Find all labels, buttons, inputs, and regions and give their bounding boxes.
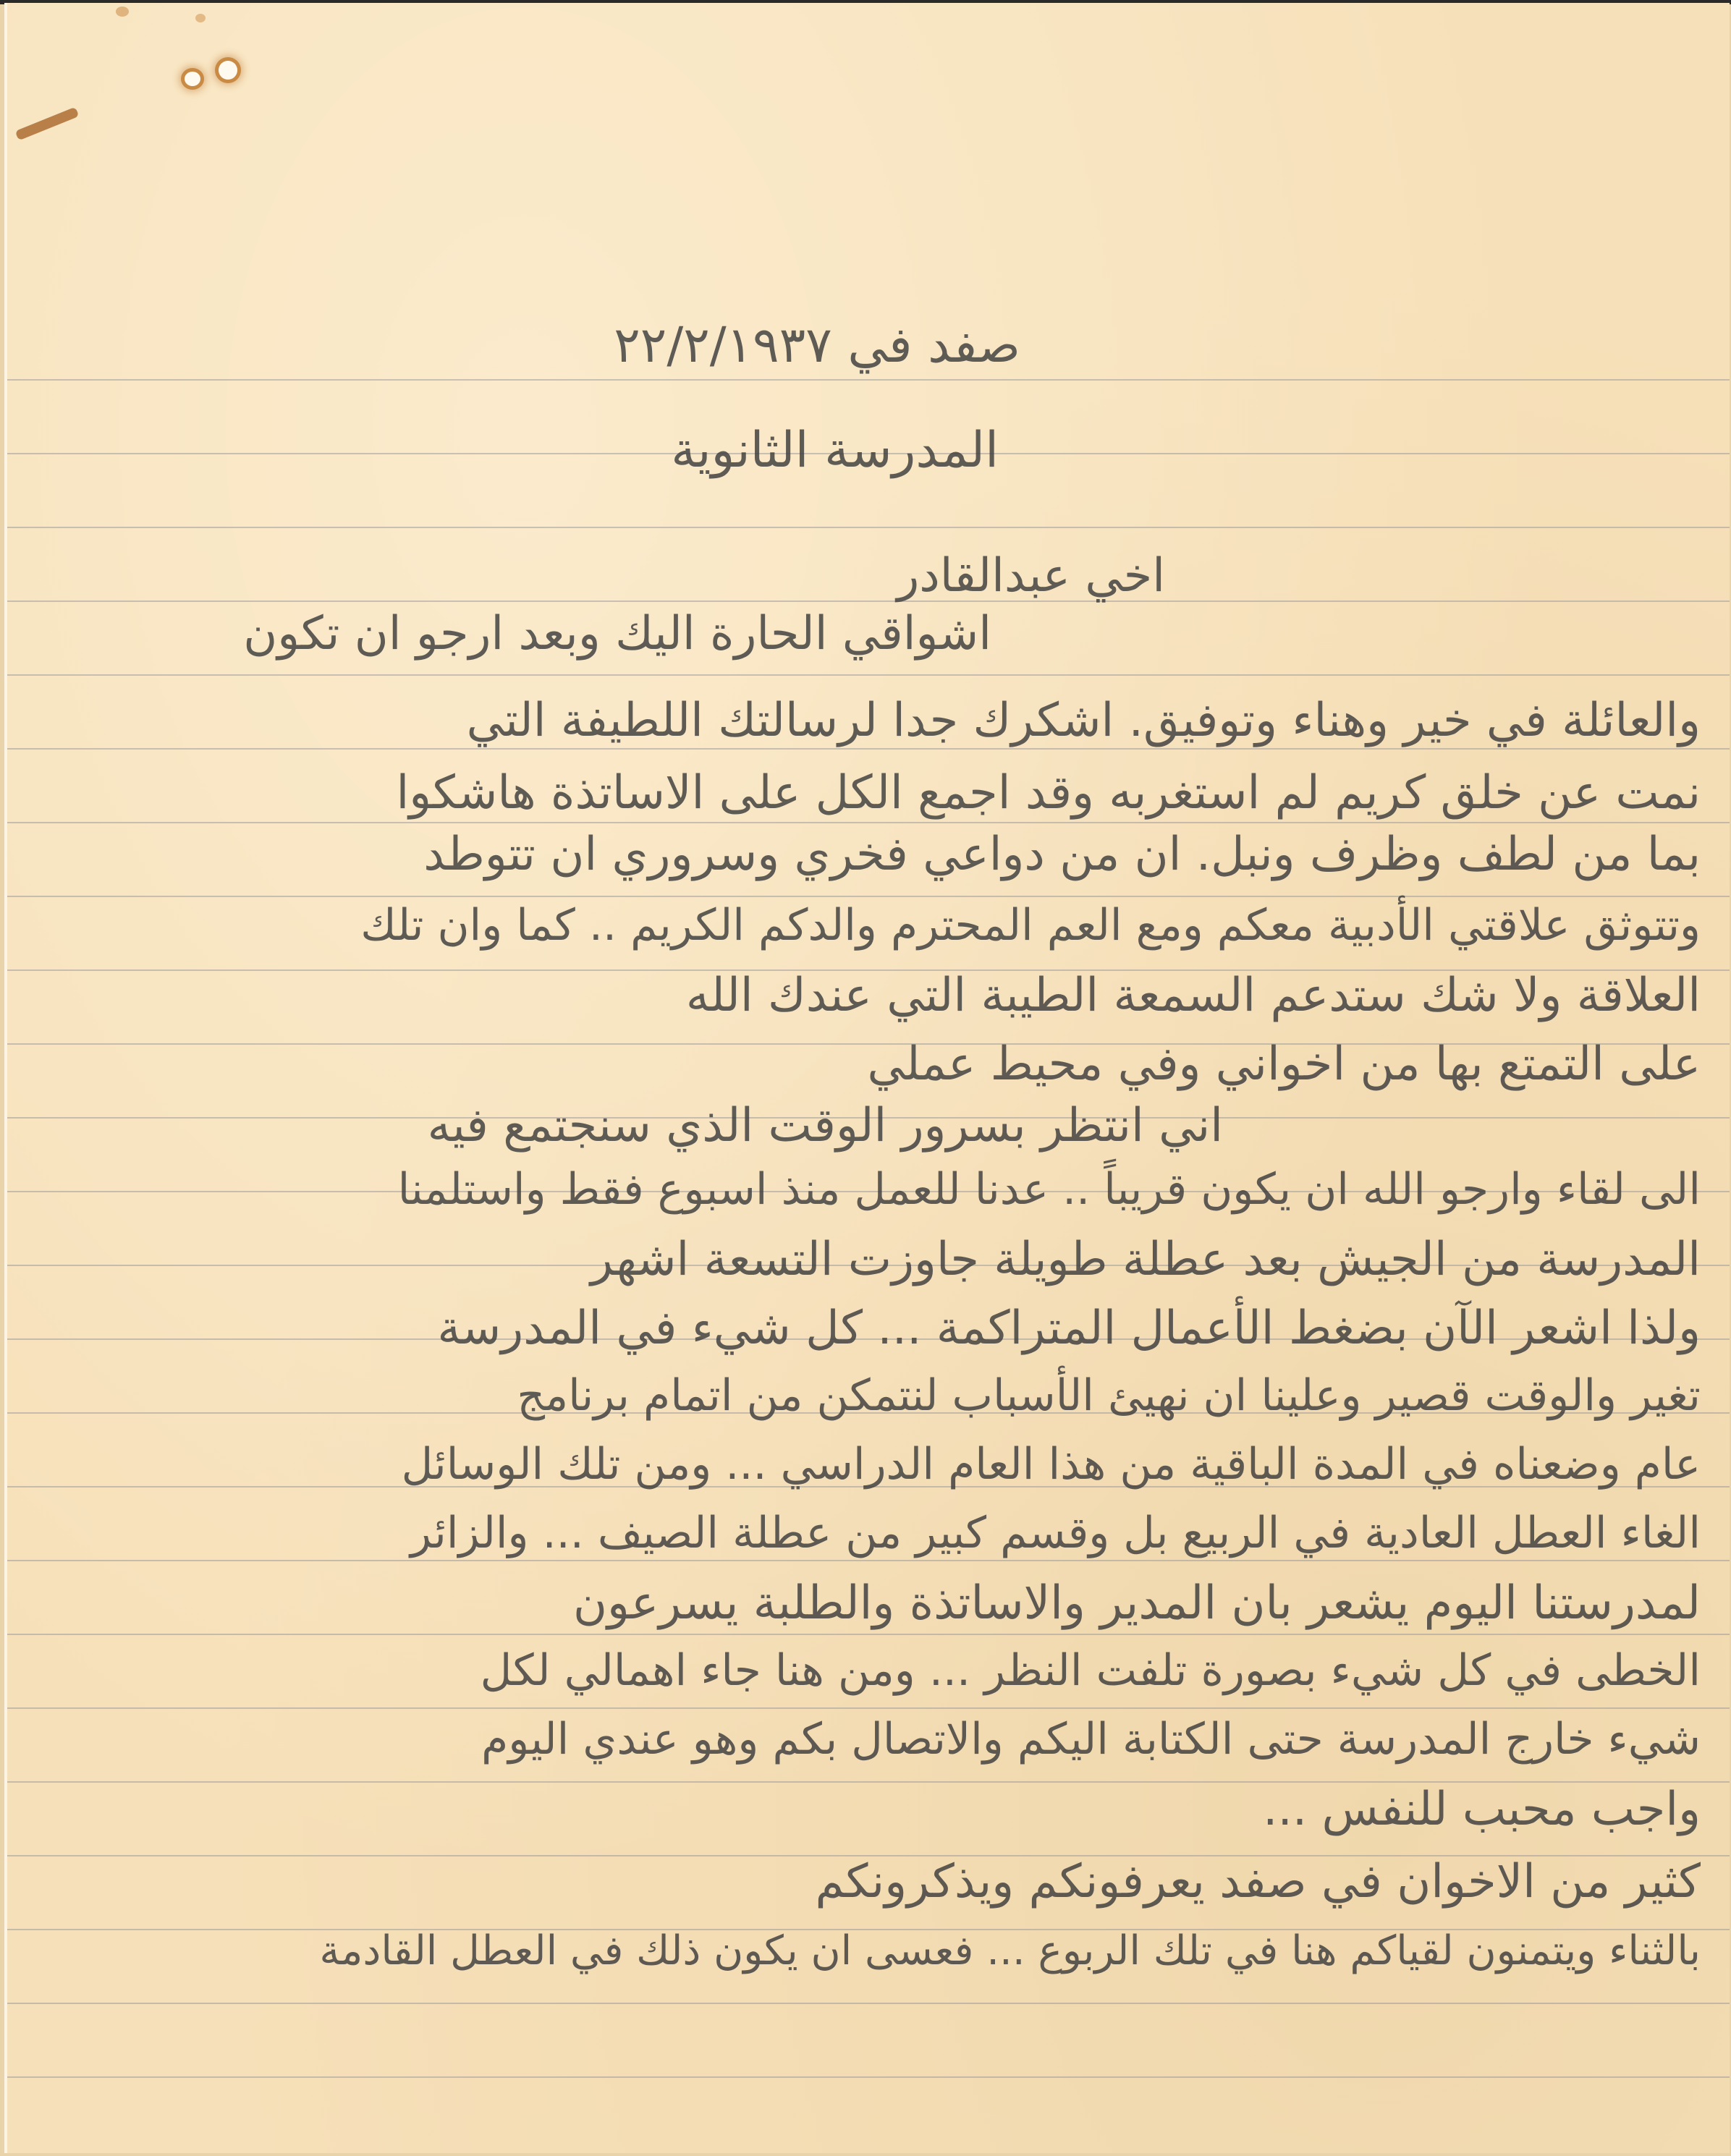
body-line: بالثناء ويتمنون لقياكم هنا في تلك الربوع… [319,1931,1701,1972]
body-line: على التمتع بها من اخواني وفي محيط عملي [868,1041,1701,1087]
letter-sheet: صفد في ٢٢/٢/١٩٣٧ المدرسة الثانوية اخي عب… [4,3,1730,2153]
body-line: ولذا اشعر الآن بضغط الأعمال المتراكمة ..… [437,1305,1701,1351]
body-line: اشواقي الحارة اليك وبعد ارجو ان تكون [22,611,991,657]
body-line: واجب محبب للنفس ... [1263,1786,1701,1833]
place-date: صفد في ٢٢/٢/١٩٣٧ [614,321,1020,370]
body-line: بما من لطف وظرف ونبل. ان من دواعي فخري و… [423,831,1701,878]
stain-spot [116,7,129,17]
institution-name: المدرسة الثانوية [671,426,999,475]
body-line: لمدرستنا اليوم يشعر بان المدير والاساتذة… [573,1580,1701,1626]
body-line: شيء خارج المدرسة حتى الكتابة اليكم والات… [481,1718,1701,1761]
body-line: العلاقة ولا شك ستدعم السمعة الطيبة التي … [686,972,1701,1019]
body-line: كثير من الاخوان في صفد يعرفونكم ويذكرونك… [815,1859,1701,1905]
paper-hole [185,72,200,86]
body-line: الخطى في كل شيء بصورة تلفت النظر ... ومن… [481,1649,1701,1692]
body-line: عام وضعناه في المدة الباقية من هذا العام… [402,1443,1701,1486]
paper-tear-mark [15,107,80,141]
body-line: اني انتظر بسرور الوقت الذي سنجتمع فيه [29,1103,1223,1149]
salutation: اخي عبدالقادر [897,553,1165,599]
body-line: الى لقاء وارجو الله ان يكون قريباً .. عد… [398,1168,1701,1211]
body-line: نمت عن خلق كريم لم استغربه وقد اجمع الكل… [397,770,1701,816]
body-line: والعائلة في خير وهناء وتوفيق. اشكرك جدا … [467,697,1701,744]
body-line: المدرسة من الجيش بعد عطلة طويلة جاوزت ال… [591,1236,1701,1283]
body-line: تغير والوقت قصير وعلينا ان نهيئ الأسباب … [517,1374,1701,1417]
paper-hole [219,61,237,80]
stain-spot [195,14,206,22]
body-line: وتتوثق علاقتي الأدبية معكم ومع العم المح… [360,904,1701,947]
body-line: الغاء العطل العادية في الربيع بل وقسم كب… [410,1511,1701,1555]
